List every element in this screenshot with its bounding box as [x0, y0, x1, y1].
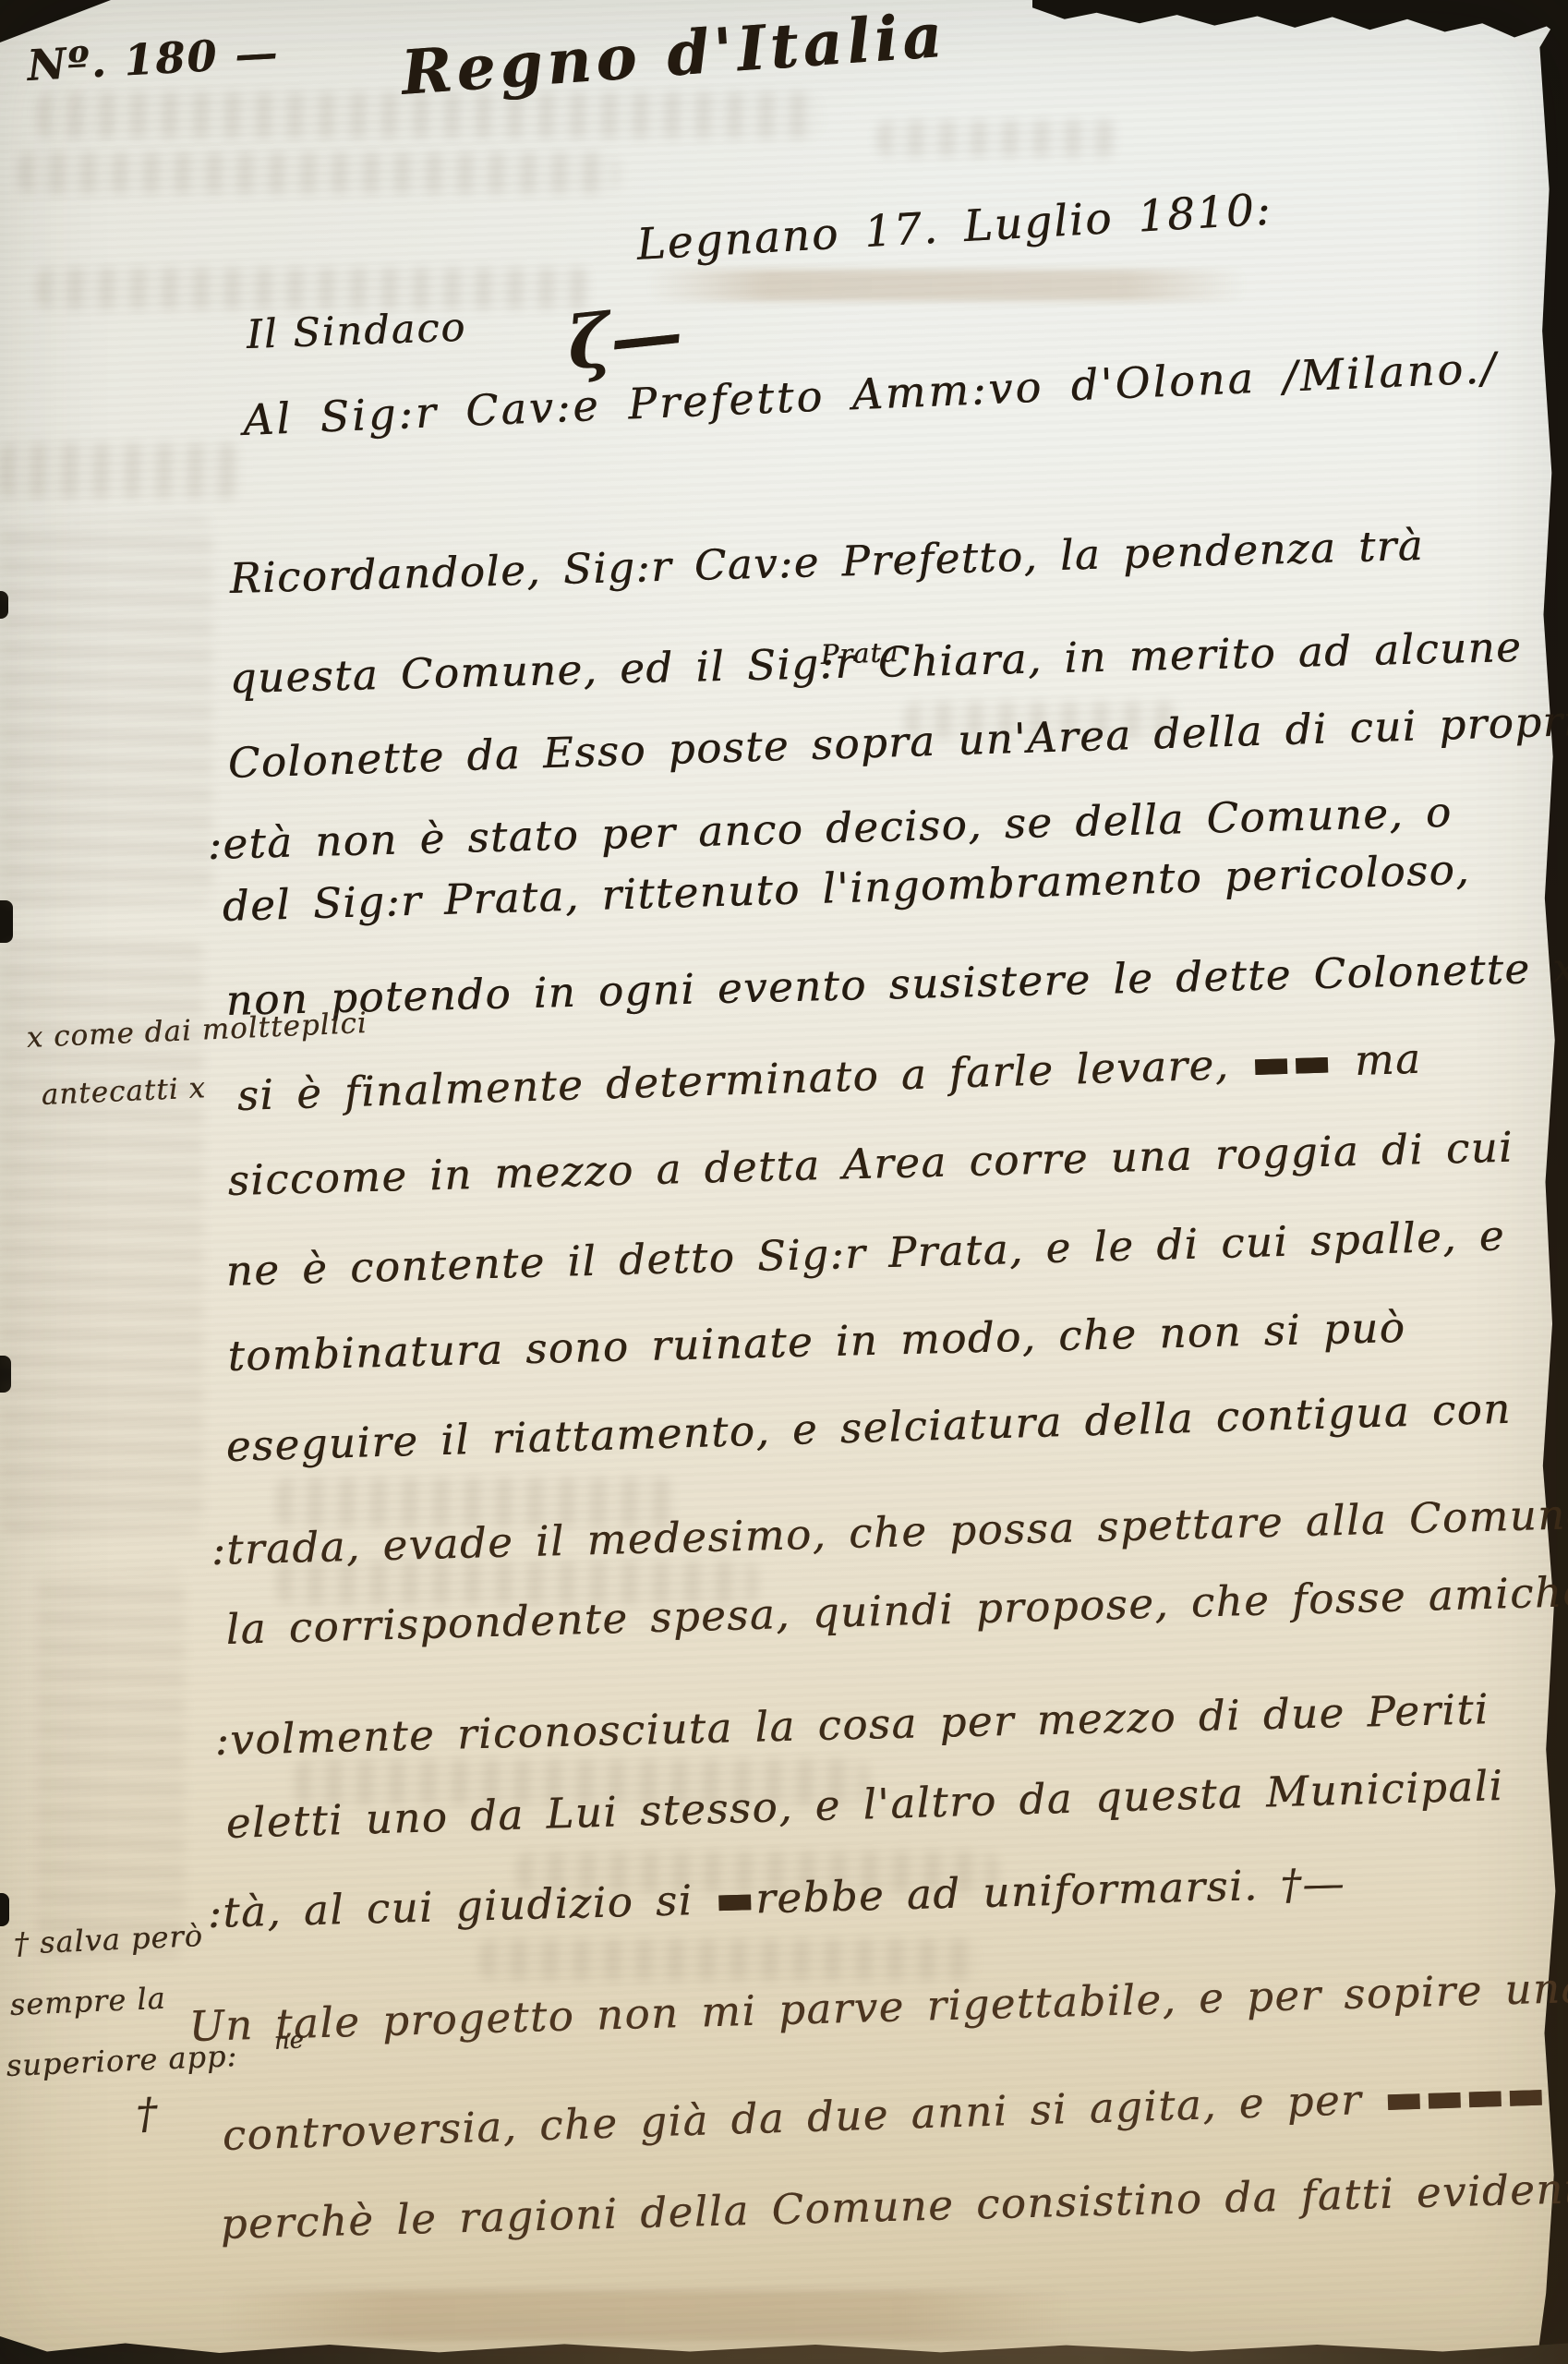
manuscript-line-6: non potendo in ogni evento susistere le … — [225, 943, 1568, 1025]
sender-line: Il Sindaco — [246, 305, 467, 358]
torn-edge-bottom — [0, 2336, 1568, 2364]
edge-nick — [0, 900, 13, 943]
manuscript-line-2: questa Comune, ed il Sig:r Chiara, in me… — [229, 622, 1523, 703]
folio-number: Nº. 180 — — [26, 28, 281, 90]
bleed-smudge — [0, 517, 212, 905]
bleed-smudge — [37, 1570, 185, 1958]
dateline: Legnano 17. Luglio 1810: — [635, 185, 1273, 271]
paraph-flourish: ζ— — [563, 291, 686, 386]
margin-note-2-line-3: superiore app: — [6, 2038, 238, 2083]
edge-nick — [0, 591, 8, 619]
bleed-smudge — [480, 1939, 979, 1981]
margin-note-1-line-1: x come dai moltteplici — [26, 1007, 368, 1055]
manuscript-page: Nº. 180 — Regno d'Italia Legnano 17. Lug… — [0, 0, 1568, 2364]
manuscript-line-12: :trada, evade il medesimo, che possa spe… — [211, 1490, 1568, 1574]
manuscript-line-18: controversia, che già da due anni si agi… — [222, 2069, 1548, 2160]
margin-note-2-line-1: † salva però — [13, 1918, 204, 1961]
manuscript-line-13: la corrispondente spesa, quindi propose,… — [225, 1567, 1568, 1654]
manuscript-line-11: eseguire il riattamento, e selciatura de… — [225, 1384, 1512, 1471]
manuscript-line-10: tombinatura sono ruinate in modo, che no… — [227, 1303, 1406, 1381]
margin-note-1-line-2: antecatti x — [41, 1071, 207, 1112]
manuscript-line-14: :volmente riconosciuta la cosa per mezzo… — [214, 1684, 1490, 1765]
manuscript-line-15: eletti uno da Lui stesso, e l'altro da q… — [225, 1761, 1504, 1848]
manuscript-line-8: siccome in mezzo a detta Area corre una … — [227, 1123, 1514, 1205]
recipient-line: Al Sig:r Cav:e Prefetto Amm:vo d'Olona /… — [242, 343, 1499, 445]
bleed-smudge — [0, 443, 240, 499]
margin-note-2-line-4: † — [135, 2088, 159, 2139]
margin-note-2-line-2: sempre la — [9, 1981, 166, 2022]
bleed-smudge — [222, 2290, 1071, 2341]
manuscript-line-3: Colonette da Esso poste sopra un'Area de… — [227, 696, 1568, 788]
edge-nick — [0, 1356, 11, 1393]
bleed-smudge — [18, 152, 619, 194]
bleed-smudge — [877, 120, 1117, 157]
manuscript-line-19: perchè le ragioni della Comune consistin… — [220, 2164, 1568, 2249]
torn-edge-top-right — [1032, 0, 1568, 42]
document-title: Regno d'Italia — [399, 0, 948, 109]
manuscript-line-7: si è finalmente determinato a farle leva… — [236, 1034, 1422, 1120]
manuscript-line-9: ne è contente il detto Sig:r Prata, e le… — [225, 1211, 1506, 1296]
manuscript-line-17: Un tale progetto non mi parve rigettabil… — [188, 1963, 1568, 2051]
edge-nick — [0, 1893, 9, 1926]
bleed-smudge — [646, 270, 1247, 301]
margin-note-2-superscript: ne — [273, 2026, 305, 2056]
manuscript-line-16: :tà, al cui giudizio si ▬rebbe ad unifor… — [207, 1859, 1346, 1937]
manuscript-line-1: Ricordandole, Sig:r Cav:e Prefetto, la p… — [229, 521, 1425, 603]
bleed-smudge — [37, 268, 591, 309]
